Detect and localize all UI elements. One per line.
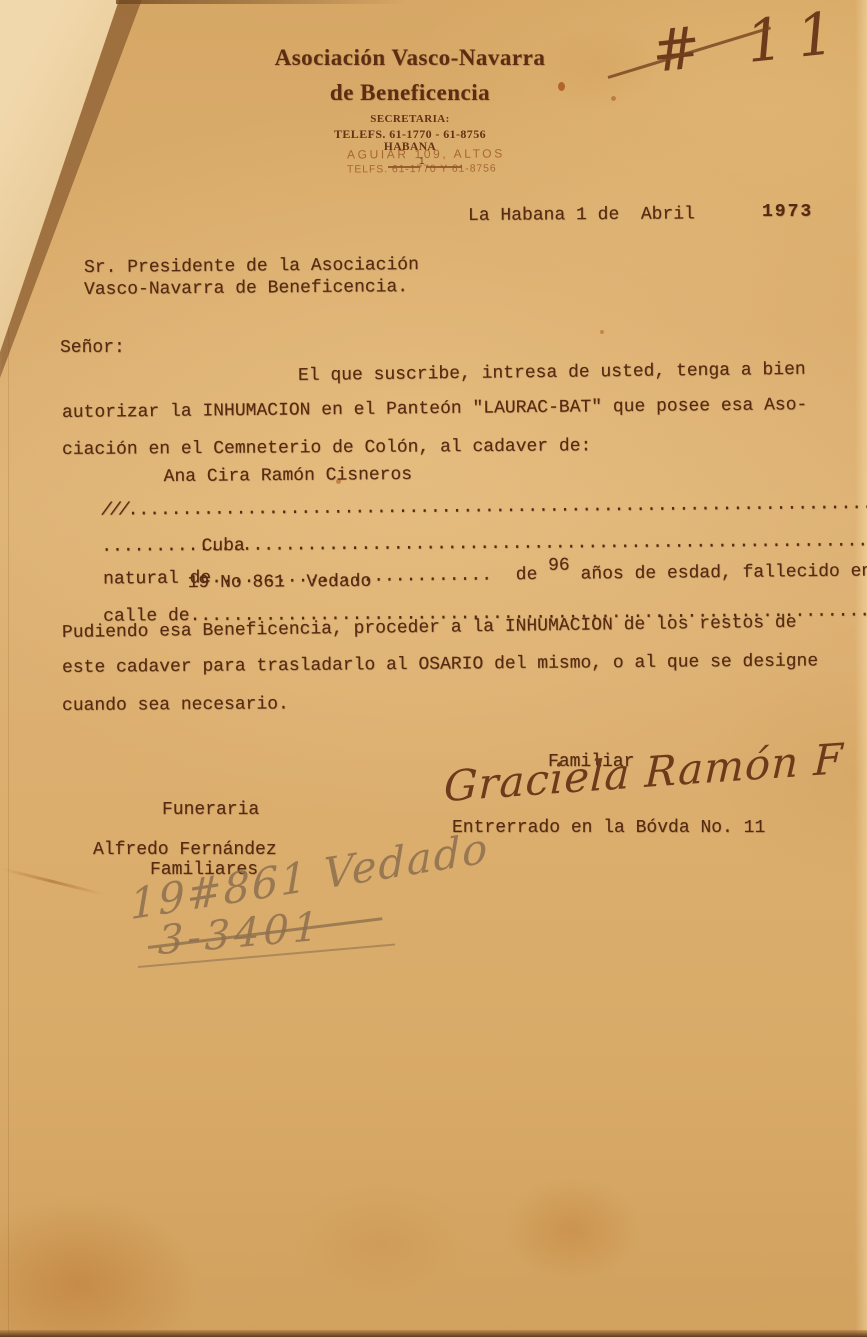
salutation: Señor: bbox=[60, 338, 125, 358]
stamp-overstrike-line bbox=[426, 166, 462, 168]
scanned-letter-page: # 11 Asociación Vasco-Navarra de Benefic… bbox=[0, 0, 867, 1337]
secretaria-label: SECRETARIA: bbox=[230, 113, 590, 125]
letterhead-phones: TELEFS. 61-1770 - 61-8756 bbox=[230, 127, 590, 142]
page-bottom-edge bbox=[0, 1330, 867, 1337]
addressee-line-2: Vasco-Navarra de Beneficencia. bbox=[84, 277, 408, 300]
org-name-line2: de Beneficencia bbox=[230, 80, 590, 106]
date-year: 1973 bbox=[762, 202, 813, 222]
funeraria-name: Alfredo Fernández bbox=[93, 840, 277, 860]
calle-value: 19 No 861 Vedado bbox=[188, 572, 372, 593]
vault-note: Entrerrado en la Bóvda No. 11 bbox=[452, 818, 765, 838]
body-line-p1-1: El que suscribe, intresa de usted, tenga… bbox=[298, 360, 806, 386]
age-value: 96 bbox=[548, 556, 570, 576]
funeraria-label: Funeraria bbox=[162, 800, 259, 820]
body-line-p1-2: autorizar la INHUMACION en el Panteón "L… bbox=[62, 395, 807, 423]
body-line-p1-3: ciación en el Cemneterio de Colón, al ca… bbox=[62, 436, 591, 460]
scan-edge-band bbox=[855, 0, 867, 1337]
body-line-p2-3: cuando sea necesario. bbox=[62, 694, 289, 716]
handwritten-page-number: # 11 bbox=[648, 0, 851, 86]
date-place: La Habana 1 de Abril bbox=[468, 204, 695, 226]
stamp-overstrike-line bbox=[388, 166, 420, 168]
page-top-edge bbox=[116, 0, 406, 4]
natural-value: Cuba bbox=[201, 536, 244, 556]
stamp-overstrike-digit: 1 bbox=[419, 156, 425, 167]
natural-mid: de bbox=[494, 565, 548, 586]
addressee-line-1: Sr. Presidente de la Asociación bbox=[84, 255, 419, 278]
deceased-name: Ana Cira Ramón Cisneros bbox=[164, 465, 413, 487]
rust-speck bbox=[611, 96, 616, 101]
familiar-signature: Graciela Ramón F bbox=[443, 734, 844, 811]
org-name-line1: Asociación Vasco-Navarra bbox=[230, 45, 590, 71]
rust-speck bbox=[600, 330, 604, 334]
paper-crease bbox=[1, 867, 104, 895]
stamp-address: AGUIAR 109, ALTOS bbox=[347, 146, 505, 161]
